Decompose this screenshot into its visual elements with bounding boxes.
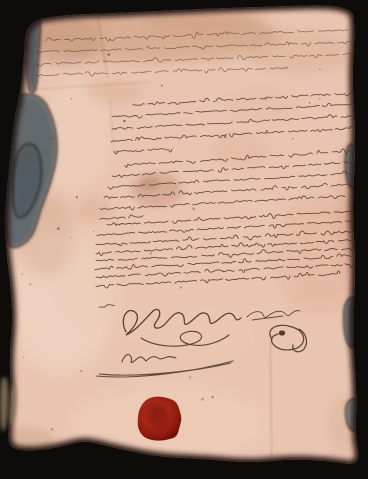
photo-stage [0,0,368,479]
wax-seal [138,397,182,441]
ink-blot [279,330,285,335]
manuscript-document-photo [0,0,368,479]
torn-backing-fragment [0,377,8,431]
